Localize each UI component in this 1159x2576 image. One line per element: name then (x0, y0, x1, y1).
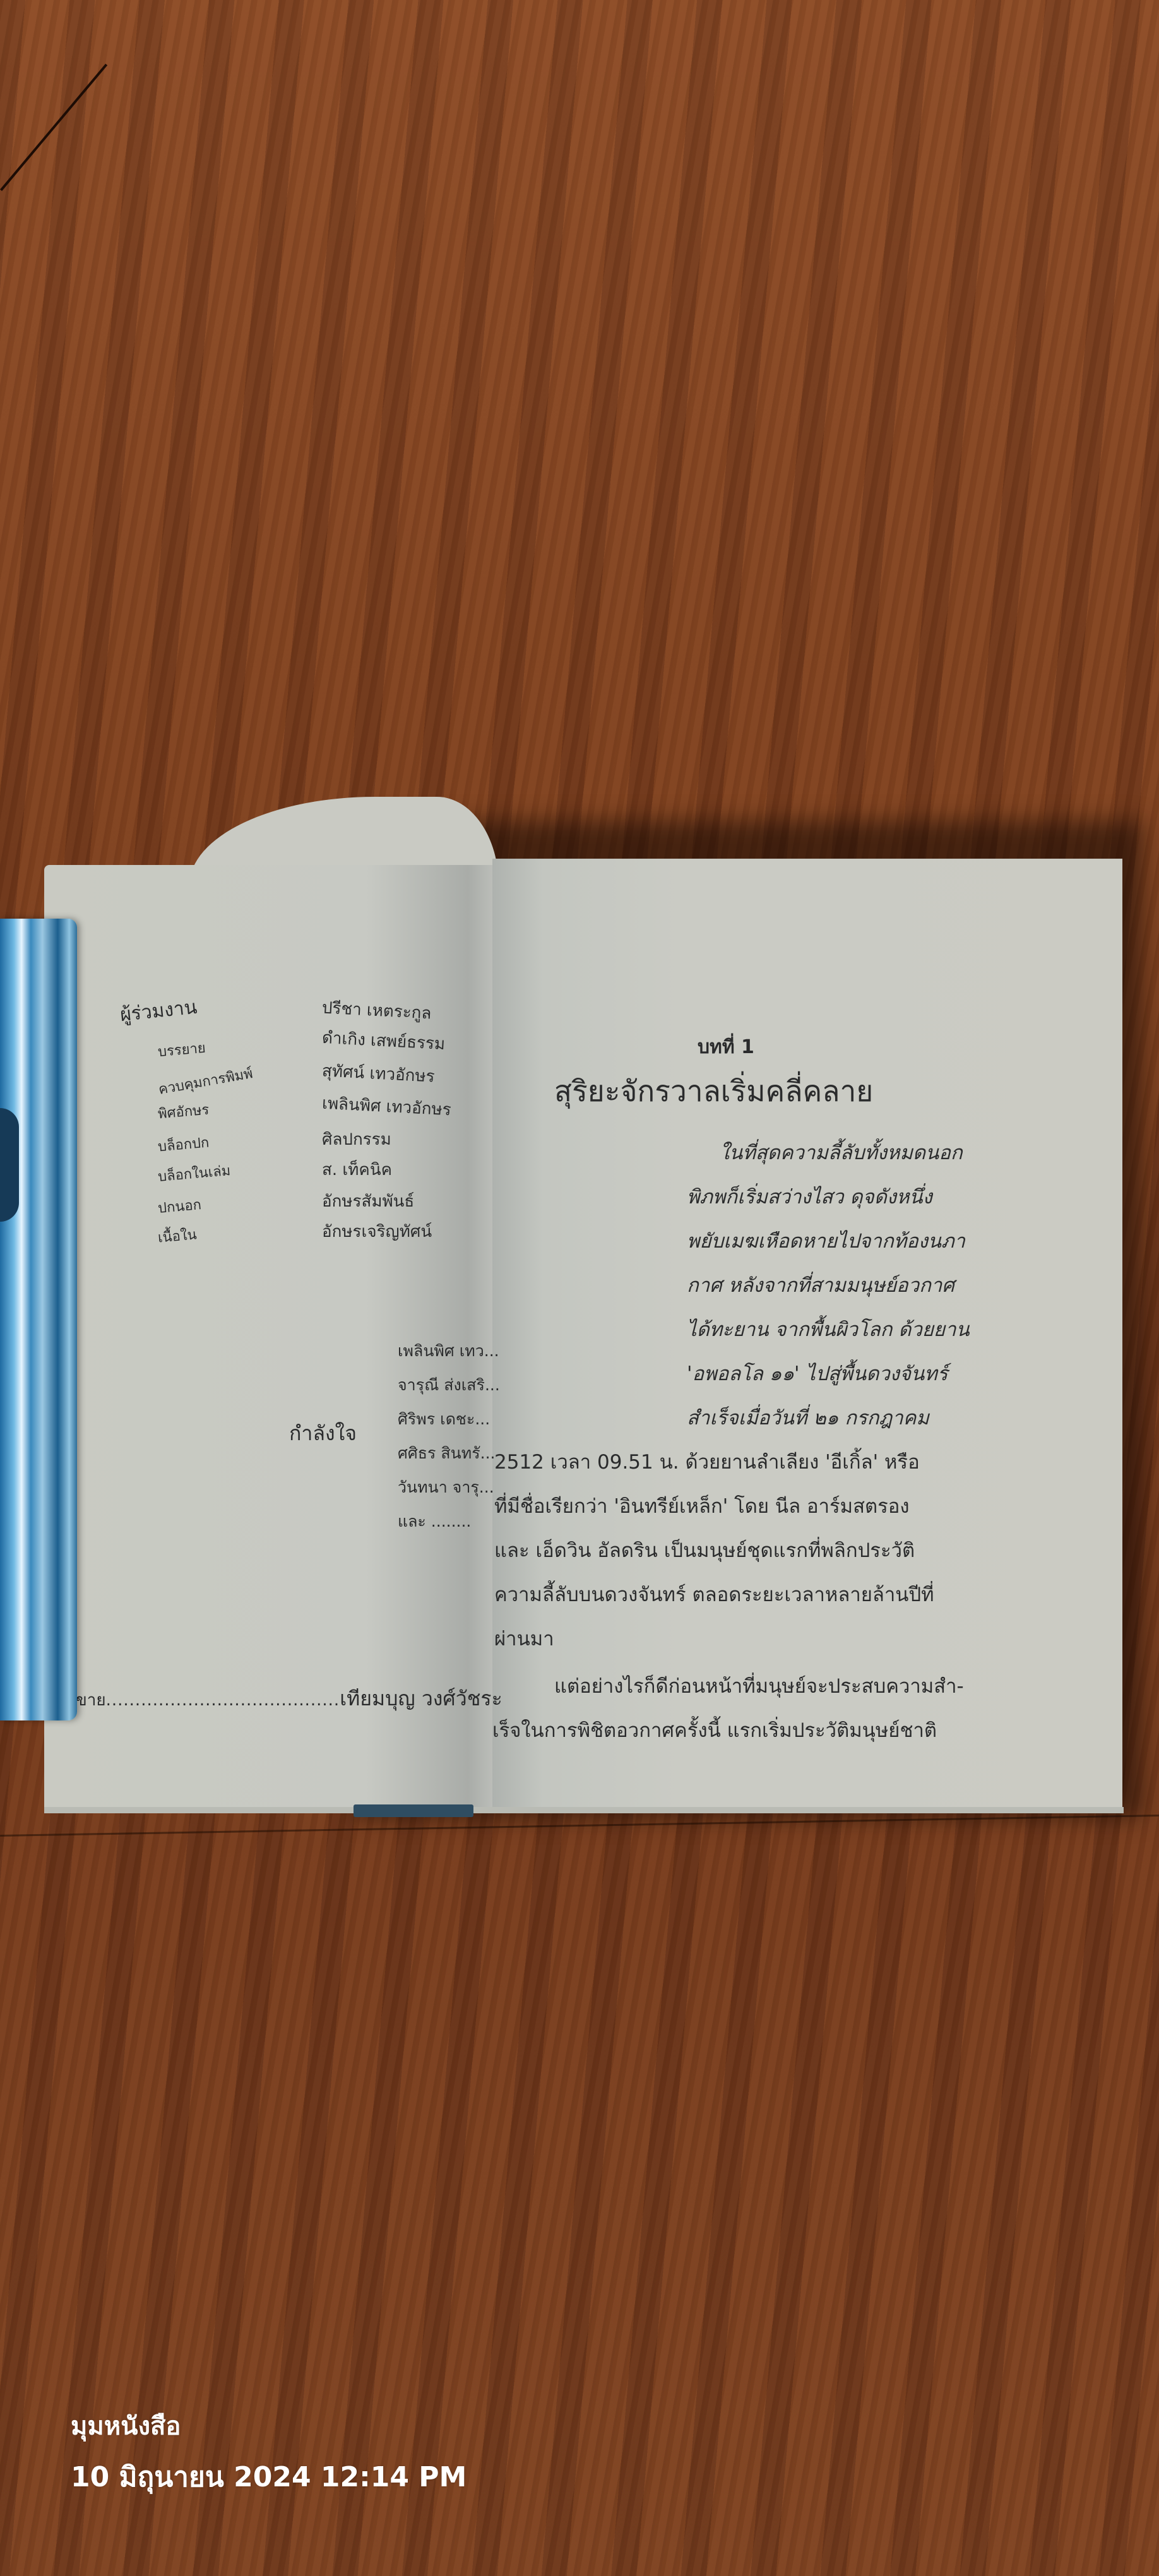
body-line: 'อพอลโล ๑๑' ไปสู่พื้นดวงจันทร์ (687, 1357, 948, 1389)
page-bottom-edge (44, 1807, 1124, 1813)
body-line: ความลี้ลับบนดวงจันทร์ ตลอดระยะเวลาหลายล้… (494, 1578, 934, 1610)
body-line: พยับเมฆเหือดหายไปจากท้องนภา (687, 1225, 965, 1256)
credit-role: พิศอักษร (157, 1099, 210, 1125)
seller-name: เทียมบุญ วงศ์วัชระ (340, 1686, 502, 1710)
credit-name: อักษรเจริญทัศน์ (322, 1219, 432, 1244)
clip-hole (0, 1108, 19, 1222)
thanks-name: วันทนา จารุ... (398, 1475, 494, 1500)
open-book: ผู้ร่วมงาน บรรยาย ควบคุมการพิมพ์ พิศอักษ… (0, 0, 1159, 2576)
seller-line: ขาย.....................................… (76, 1683, 502, 1715)
chapter-title: สุริยะจักรวาลเริ่มคลี่คลาย (554, 1068, 873, 1114)
body-line: กาศ หลังจากที่สามมนุษย์อวกาศ (687, 1269, 954, 1301)
credits-roles: บรรยาย ควบคุมการพิมพ์ พิศอักษร บล็อกปก บ… (158, 1039, 316, 1291)
body-line: ที่มีชื่อเรียกว่า 'อินทรีย์เหล็ก' โดย นี… (494, 1490, 910, 1522)
chapter-label: บทที่ 1 (698, 1032, 754, 1062)
credits-names: ปรีชา เหตระกูล ดำเกิง เสพย์ธรรม สุทัศน์ … (322, 998, 524, 1250)
thanks-name: ศศิธร สินทรั... (398, 1441, 495, 1466)
credit-name: ส. เท็คนิค (322, 1157, 392, 1183)
watermark-title: มุมหนังสือ (71, 2406, 181, 2446)
credit-role: บล็อกในเล่ม (157, 1159, 232, 1188)
body-line: 2512 เวลา 09.51 น. ด้วยยานลำเลียง 'อีเกิ… (494, 1446, 920, 1477)
thanks-name: และ ........ (398, 1509, 471, 1534)
binder-clip (0, 919, 77, 1720)
credit-name: ศิลปกรรม (322, 1126, 391, 1152)
credit-name: สุทัศน์ เทวอักษร (321, 1058, 436, 1089)
body-line: สำเร็จเมื่อวันที่ ๒๑ กรกฎาคม (687, 1402, 929, 1433)
thanks-name: ศิริพร เดชะ... (398, 1407, 490, 1432)
credit-role: ควบคุมการพิมพ์ (157, 1062, 254, 1100)
body-line: และ เอ็ดวิน อัลดริน เป็นมนุษย์ชุดแรกที่พ… (494, 1534, 915, 1566)
seller-dots: ........................................ (106, 1691, 340, 1710)
watermark-datetime: 10 มิถุนายน 2024 12:14 PM (71, 2455, 467, 2499)
credit-name: อักษรสัมพันธ์ (322, 1188, 414, 1214)
credit-name: ดำเกิง เสพย์ธรรม (321, 1025, 446, 1057)
credit-name: เพลินพิศ เทวอักษร (321, 1090, 452, 1123)
seller-label: ขาย (76, 1691, 106, 1710)
credit-role: ปกนอก (157, 1193, 203, 1219)
credit-role: เนื้อใน (157, 1223, 198, 1248)
body-line: เร็จในการพิชิตอวกาศครั้งนี้ แรกเริ่มประว… (492, 1714, 937, 1746)
book-cover-edge (354, 1804, 473, 1817)
credit-name: ปรีชา เหตระกูล (321, 994, 432, 1026)
body-line: ผ่านมา (494, 1623, 554, 1654)
body-line: ได้ทะยาน จากพื้นผิวโลก ด้วยยาน (687, 1313, 970, 1345)
body-line: แต่อย่างไรก็ดีก่อนหน้าที่มนุษย์จะประสบคว… (554, 1670, 964, 1702)
encouragement-label: กำลังใจ (289, 1417, 357, 1450)
body-line: ในที่สุดความลี้ลับทั้งหมดนอก (720, 1136, 963, 1168)
body-line: พิภพก็เริ่มสว่างไสว ดุจดังหนึ่ง (687, 1181, 932, 1212)
credit-role: บล็อกปก (157, 1131, 210, 1158)
thanks-name: เพลินพิศ เทว... (398, 1339, 499, 1364)
credit-role: บรรยาย (157, 1037, 206, 1063)
thanks-name: จารุณี ส่งเสริ... (398, 1373, 500, 1398)
